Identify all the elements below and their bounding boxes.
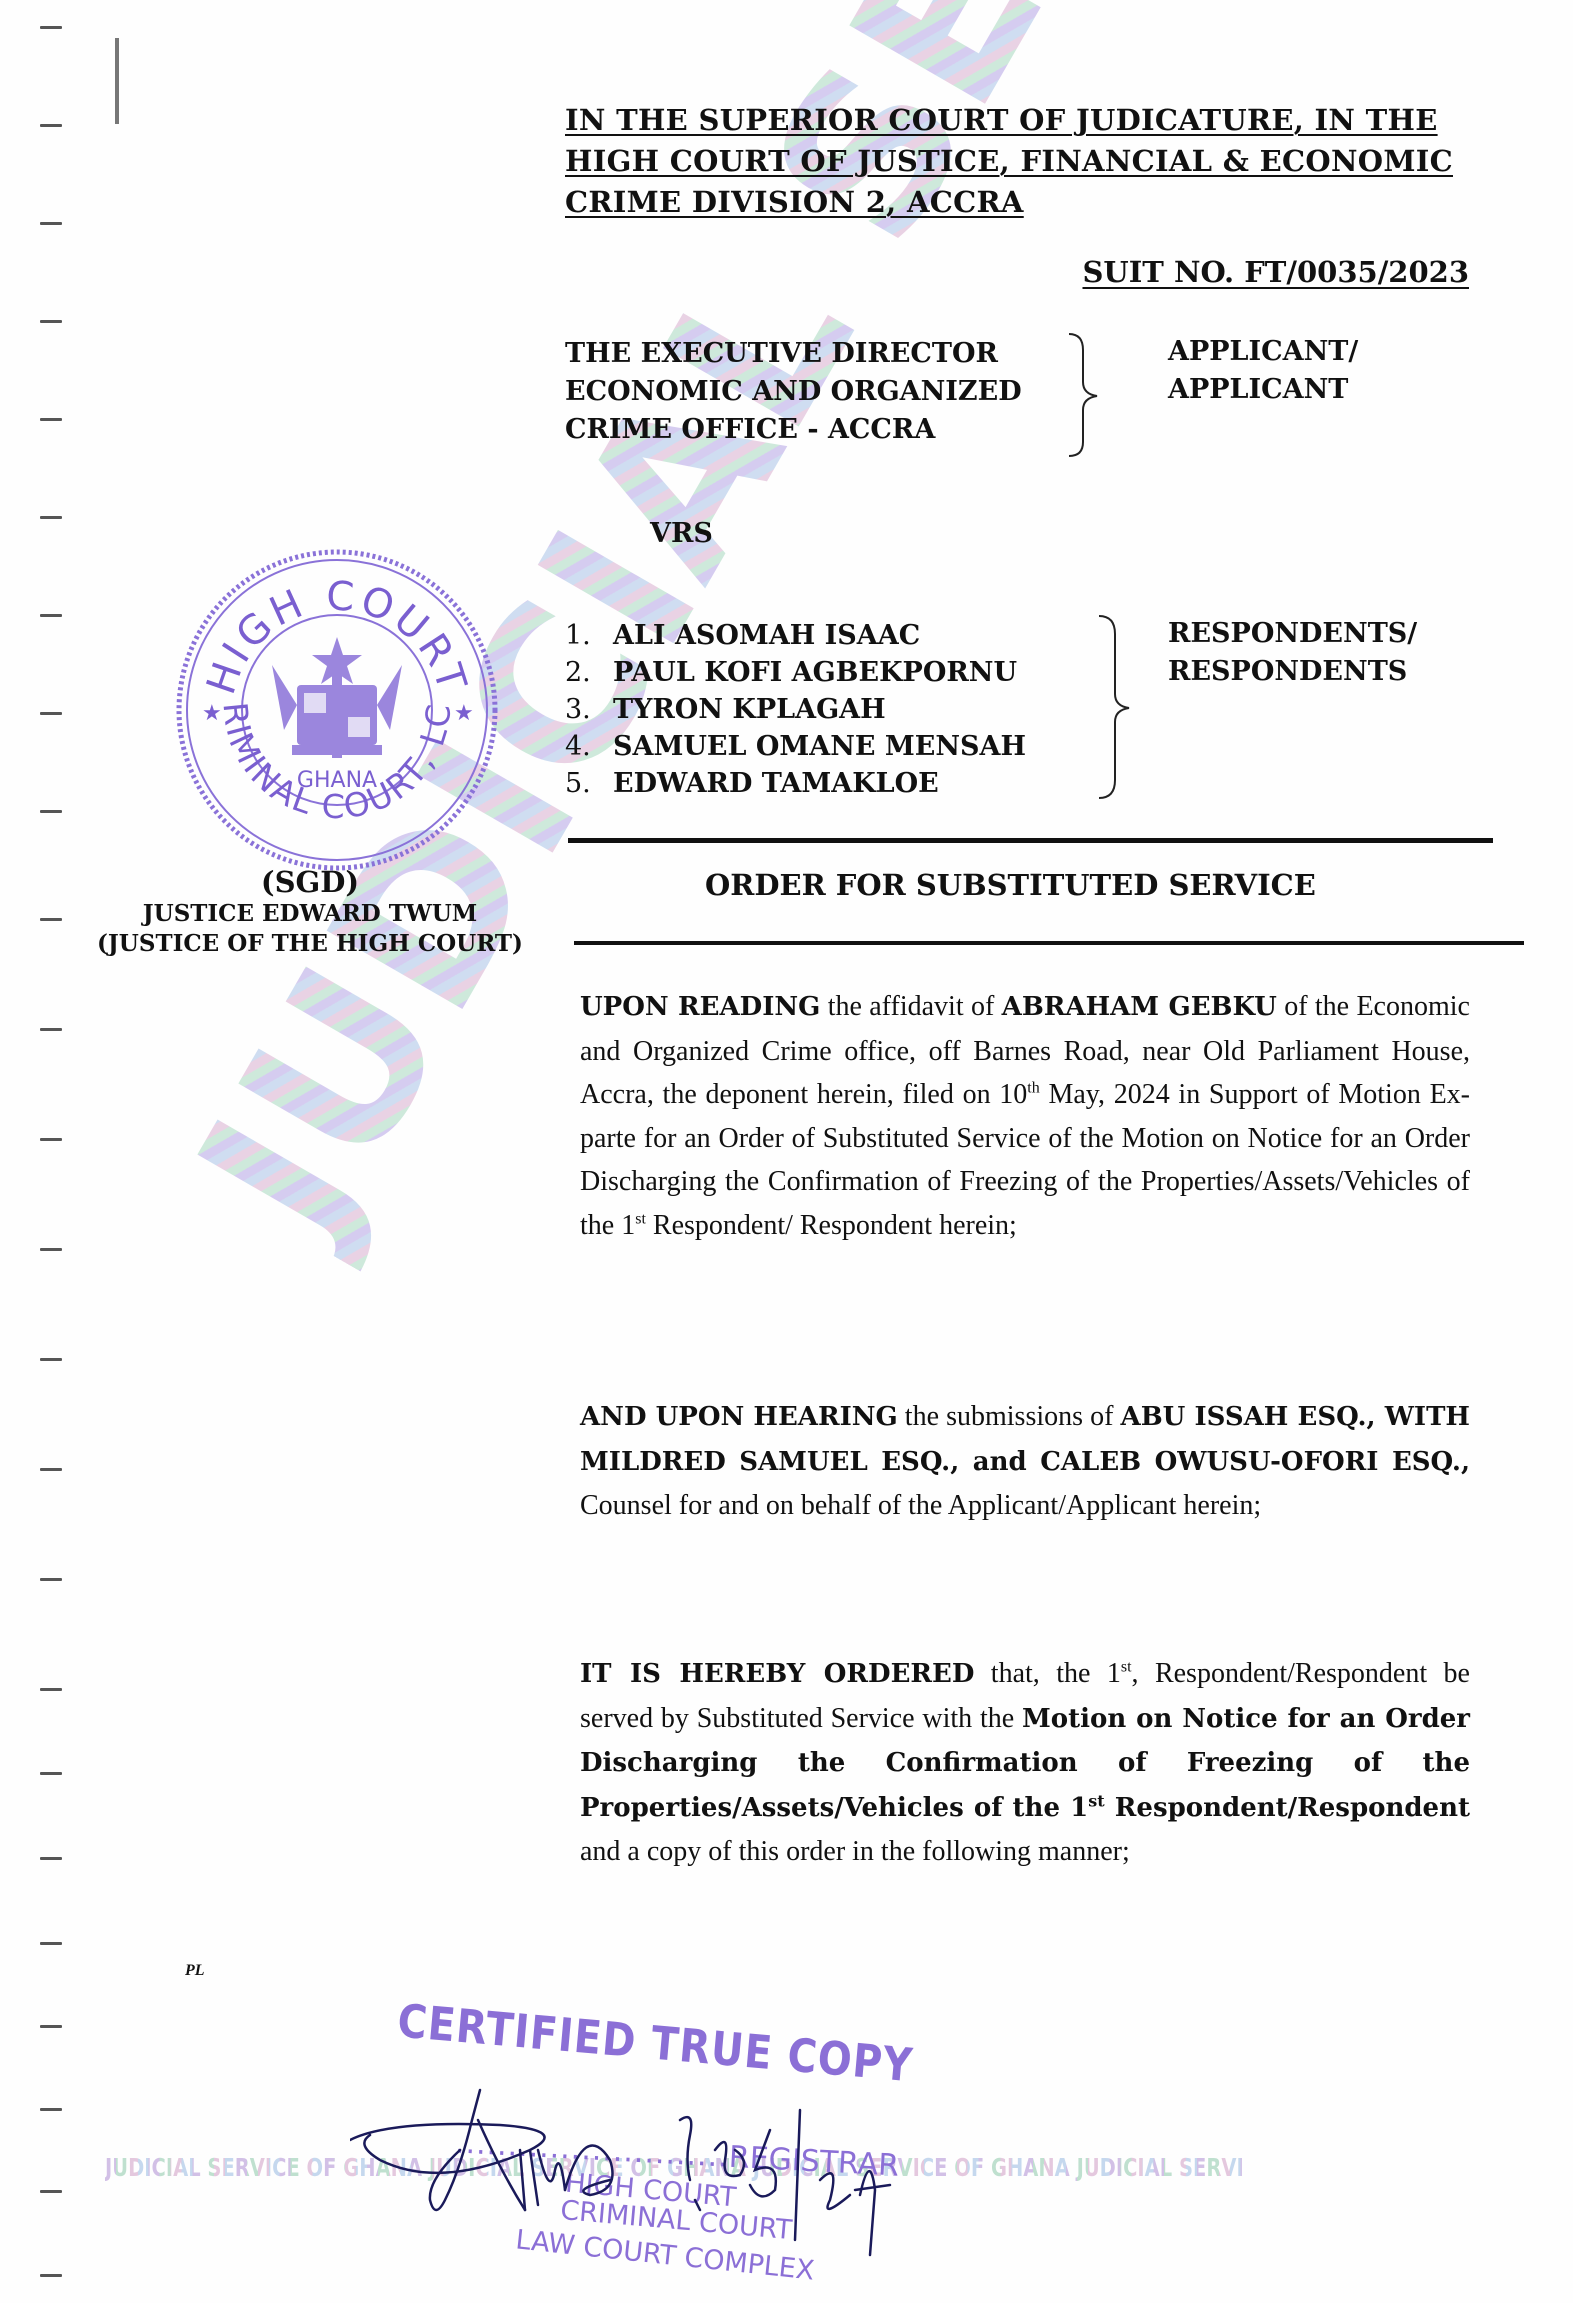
binding-mark (40, 1942, 62, 1945)
judge-signature-block: (SGD) JUSTICE EDWARD TWUM (JUSTICE OF TH… (60, 865, 560, 959)
binding-mark (40, 614, 62, 617)
superscript: th (1027, 1080, 1039, 1097)
binding-mark (40, 26, 62, 29)
binding-mark (40, 2108, 62, 2111)
respondent-name: TYRON KPLAGAH (613, 694, 886, 725)
judge-name: JUSTICE EDWARD TWUM (60, 899, 560, 929)
applicant-role: APPLICANT/ APPLICANT (1168, 333, 1358, 409)
versus-label: VRS (650, 515, 713, 553)
order-title: ORDER FOR SUBSTITUTED SERVICE (705, 868, 1316, 902)
respondent-item: 1.ALI ASOMAH ISAAC (565, 617, 1026, 654)
suit-number: SUIT NO. FT/0035/2023 (1082, 255, 1469, 289)
applicant-name-line: THE EXECUTIVE DIRECTOR (565, 335, 1022, 373)
respondent-name: EDWARD TAMAKLOE (613, 768, 939, 799)
court-heading: IN THE SUPERIOR COURT OF JUDICATURE, IN … (565, 100, 1515, 223)
binding-mark (40, 1138, 62, 1141)
binding-mark (40, 1578, 62, 1581)
paragraph-text: Respondent/ Respondent herein; (646, 1210, 1017, 1241)
svg-text:★: ★ (454, 701, 474, 726)
respondent-item: 5.EDWARD TAMAKLOE (565, 765, 1026, 802)
svg-text:★: ★ (202, 701, 222, 726)
high-court-seal-icon: HIGH COURT CRIMINAL COURT, LCC ★ ★ GHANA (172, 545, 502, 875)
paragraph-upon-reading: UPON READING the affidavit of ABRAHAM GE… (580, 985, 1470, 1247)
respondent-name: SAMUEL OMANE MENSAH (613, 731, 1026, 762)
respondent-number: 2. (565, 654, 613, 691)
respondent-name: PAUL KOFI AGBEKPORNU (613, 657, 1017, 688)
binding-mark (40, 1772, 62, 1775)
court-heading-line: HIGH COURT OF JUSTICE, FINANCIAL & ECONO… (565, 144, 1453, 178)
binding-mark (40, 1028, 62, 1031)
binding-mark (40, 2190, 62, 2193)
applicant-role-line: APPLICANT/ (1168, 333, 1358, 371)
deponent-name: ABRAHAM GEBKU (1002, 992, 1277, 1022)
respondents-role-line: RESPONDENTS (1168, 653, 1417, 691)
binding-mark (40, 1688, 62, 1691)
binding-mark (40, 1358, 62, 1361)
respondent-number: 4. (565, 728, 613, 765)
binding-mark (40, 1857, 62, 1860)
initials: PL (185, 1962, 205, 1980)
superscript: st (1121, 1659, 1132, 1676)
paragraph-lead: AND UPON HEARING (580, 1402, 898, 1432)
paragraph-lead: IT IS HEREBY ORDERED (580, 1659, 974, 1689)
divider-top (568, 838, 1493, 843)
paragraph-text: and a copy of this order in the followin… (580, 1836, 1130, 1867)
respondent-item: 4.SAMUEL OMANE MENSAH (565, 728, 1026, 765)
binding-mark (40, 2274, 62, 2277)
applicant-role-line: APPLICANT (1168, 371, 1358, 409)
signed-marker: (SGD) (60, 865, 560, 899)
applicant-brace-icon (1065, 330, 1105, 460)
binding-mark (40, 810, 62, 813)
divider-bottom (574, 941, 1524, 945)
registrar-signature-icon (350, 2080, 1070, 2303)
respondent-name: ALI ASOMAH ISAAC (613, 620, 920, 651)
respondent-item: 2.PAUL KOFI AGBEKPORNU (565, 654, 1026, 691)
binding-mark (40, 2025, 62, 2028)
paragraph-text: Counsel for and on behalf of the Applica… (580, 1490, 1261, 1521)
paragraph-lead: UPON READING (580, 992, 820, 1022)
respondent-number: 5. (565, 765, 613, 802)
respondent-number: 1. (565, 617, 613, 654)
binding-mark (40, 222, 62, 225)
binding-mark (40, 712, 62, 715)
applicant-name-line: ECONOMIC AND ORGANIZED (565, 373, 1022, 411)
paragraph-hereby-ordered: IT IS HEREBY ORDERED that, the 1st, Resp… (580, 1652, 1470, 1874)
applicant-name: THE EXECUTIVE DIRECTOR ECONOMIC AND ORGA… (565, 335, 1022, 449)
paragraph-text: that, the 1 (974, 1658, 1120, 1689)
respondents-role-line: RESPONDENTS/ (1168, 615, 1417, 653)
paragraph-upon-hearing: AND UPON HEARING the submissions of ABU … (580, 1395, 1470, 1528)
motion-title: Respondent/Respondent (1105, 1793, 1470, 1823)
binding-mark (40, 320, 62, 323)
respondents-list: 1.ALI ASOMAH ISAAC 2.PAUL KOFI AGBEKPORN… (565, 617, 1026, 802)
paragraph-text: the submissions of (898, 1401, 1121, 1432)
scan-artifact-bar (115, 38, 119, 124)
superscript: st (1088, 1791, 1104, 1810)
binding-mark (40, 1248, 62, 1251)
respondent-number: 3. (565, 691, 613, 728)
superscript: st (635, 1210, 646, 1227)
court-heading-line: CRIME DIVISION 2, ACCRA (565, 185, 1024, 219)
binding-mark (40, 1468, 62, 1471)
svg-text:GHANA: GHANA (297, 768, 377, 793)
binding-mark (40, 124, 62, 127)
court-heading-line: IN THE SUPERIOR COURT OF JUDICATURE, IN … (565, 103, 1438, 137)
judge-title: (JUSTICE OF THE HIGH COURT) (60, 929, 560, 959)
binding-mark (40, 516, 62, 519)
binding-mark (40, 418, 62, 421)
respondents-role: RESPONDENTS/ RESPONDENTS (1168, 615, 1417, 691)
respondent-item: 3.TYRON KPLAGAH (565, 691, 1026, 728)
respondents-brace-icon (1095, 612, 1135, 802)
binding-mark (40, 918, 62, 921)
applicant-name-line: CRIME OFFICE - ACCRA (565, 411, 1022, 449)
certified-true-copy-stamp: CERTIFIED TRUE COPY (395, 1995, 915, 2093)
paragraph-text: the affidavit of (820, 991, 1001, 1022)
